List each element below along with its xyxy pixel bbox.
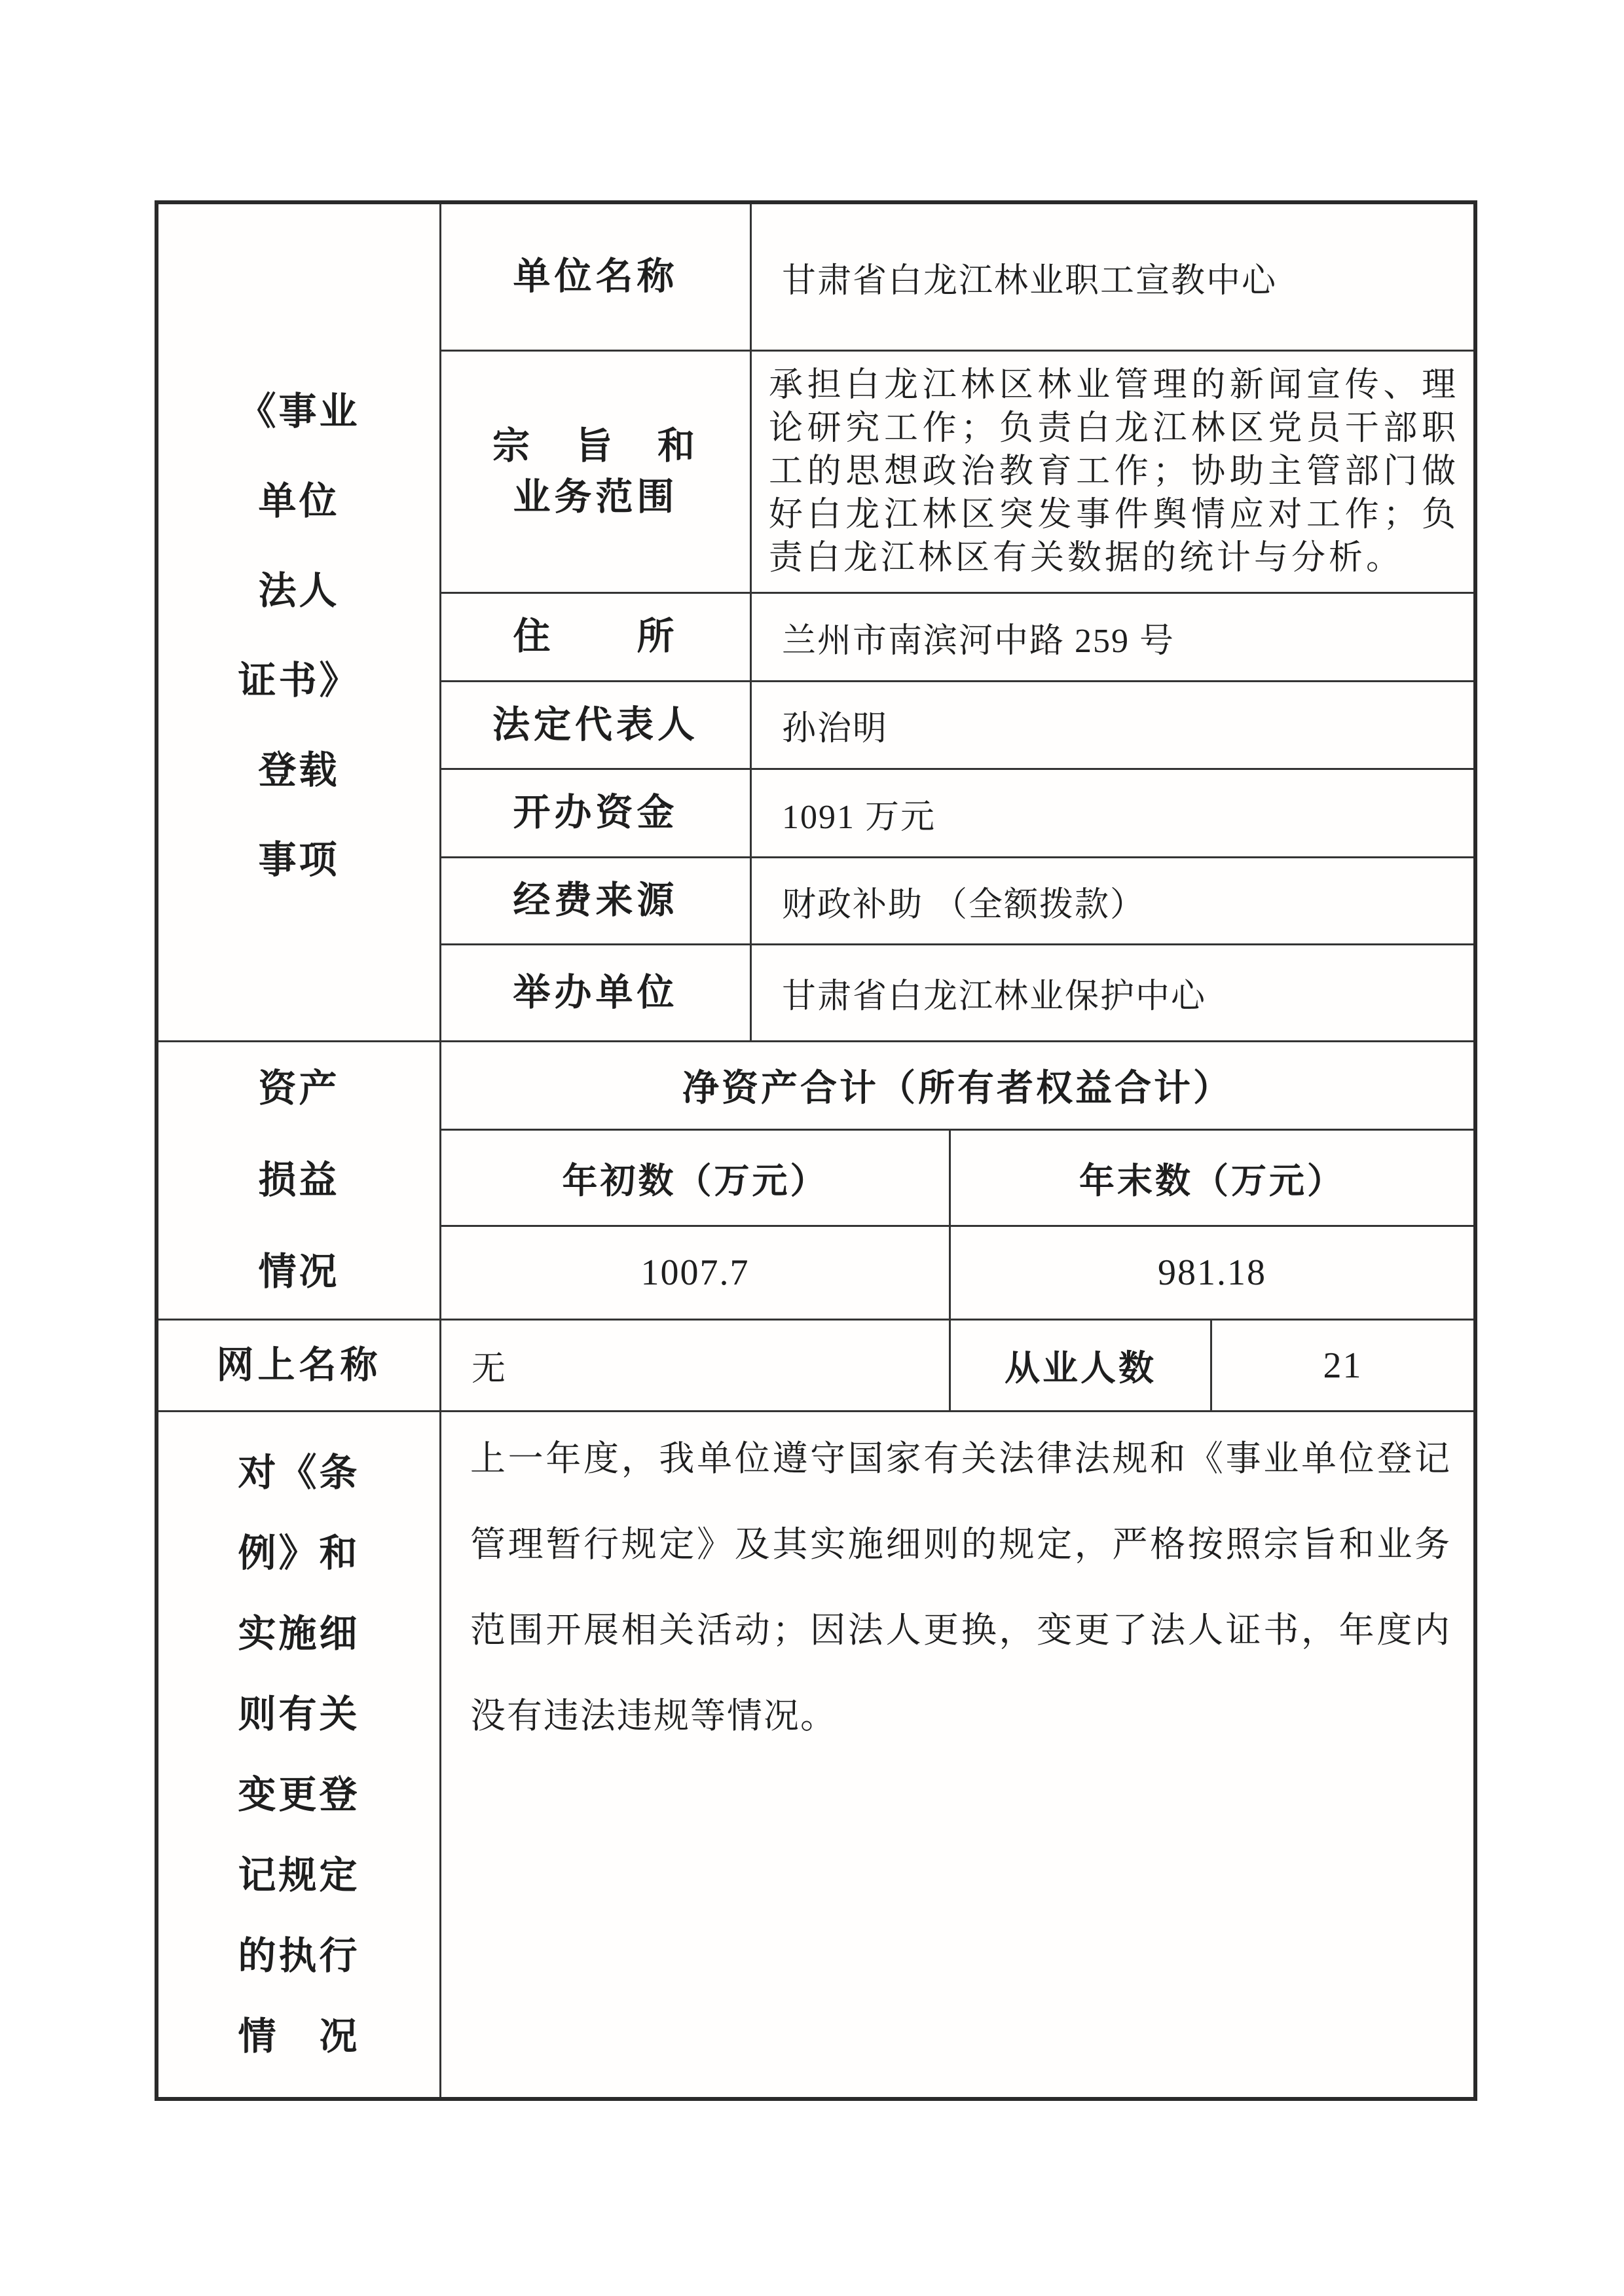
side-label-line: 变更登 [238, 1755, 360, 1835]
year-start-label: 年初数（万元） [441, 1131, 951, 1227]
side-label-line: 资产 [258, 1043, 339, 1135]
side-label-line: 事项 [258, 815, 339, 905]
side-label-line: 证书》 [238, 636, 360, 725]
online-name-value: 无 [441, 1321, 951, 1412]
side-label-line: 对《条 [238, 1432, 360, 1513]
compliance-statement-text: 上一年度，我单位遵守国家有关法律法规和《事业单位登记管理暂行规定》及其实施细则的… [470, 1416, 1451, 1759]
funding-source-label: 经费来源 [441, 858, 752, 945]
capital-value: 1091 万元 [752, 770, 1473, 858]
address-value: 兰州市南滨河中路 259 号 [752, 594, 1473, 682]
scope-label: 宗 旨 和 业务范围 [441, 352, 752, 594]
legal-representative-value: 孙治明 [752, 682, 1473, 770]
side-label-line: 《事业 [238, 367, 360, 456]
registration-table: 《事业 单位 法人 证书》 登载 事项 单位名称 甘肃省白龙江林业职工宣教中心 … [155, 200, 1477, 2101]
organizer-label: 举办单位 [441, 945, 752, 1042]
online-name-label: 网上名称 [158, 1321, 441, 1412]
net-asset-header: 净资产合计（所有者权益合计） [441, 1042, 1473, 1131]
address-label: 住 所 [441, 594, 752, 682]
funding-source-value: 财政补助 （全额拨款） [752, 858, 1473, 945]
scope-text: 承担白龙江林区林业管理的新闻宣传、理论研究工作；负责白龙江林区党员干部职工的思想… [769, 364, 1459, 580]
unit-name-value: 甘肃省白龙江林业职工宣教中心 [752, 204, 1473, 352]
compliance-statement: 上一年度，我单位遵守国家有关法律法规和《事业单位登记管理暂行规定》及其实施细则的… [441, 1412, 1473, 2097]
side-label-line: 法人 [258, 546, 339, 636]
year-end-value: 981.18 [951, 1227, 1473, 1321]
organizer-value: 甘肃省白龙江林业保护中心 [752, 945, 1473, 1042]
side-label-line: 情况 [258, 1226, 339, 1318]
year-start-value: 1007.7 [441, 1227, 951, 1321]
legal-representative-label: 法定代表人 [441, 682, 752, 770]
side-label-line: 实施细 [238, 1594, 360, 1674]
staff-count-value: 21 [1212, 1321, 1473, 1412]
side-label-line: 则有关 [238, 1674, 360, 1755]
side-label-line: 例》和 [238, 1513, 360, 1594]
staff-count-label: 从业人数 [951, 1321, 1212, 1412]
side-label-line: 单位 [258, 456, 339, 546]
side-label-line: 登载 [258, 725, 339, 815]
side-label-line: 的执行 [238, 1916, 360, 1996]
asset-section-side-label: 资产 损益 情况 [158, 1042, 441, 1321]
side-label-line: 情 况 [238, 1996, 360, 2077]
side-label-line: 损益 [258, 1135, 339, 1226]
scanned-registration-form-page: 《事业 单位 法人 证书》 登载 事项 单位名称 甘肃省白龙江林业职工宣教中心 … [0, 0, 1624, 2296]
year-end-label: 年末数（万元） [951, 1131, 1473, 1227]
certificate-section-side-label: 《事业 单位 法人 证书》 登载 事项 [158, 204, 441, 1042]
unit-name-label: 单位名称 [441, 204, 752, 352]
side-label-line: 记规定 [238, 1835, 360, 1916]
capital-label: 开办资金 [441, 770, 752, 858]
scope-value: 承担白龙江林区林业管理的新闻宣传、理论研究工作；负责白龙江林区党员干部职工的思想… [752, 352, 1473, 594]
compliance-section-side-label: 对《条 例》和 实施细 则有关 变更登 记规定 的执行 情 况 [158, 1412, 441, 2097]
